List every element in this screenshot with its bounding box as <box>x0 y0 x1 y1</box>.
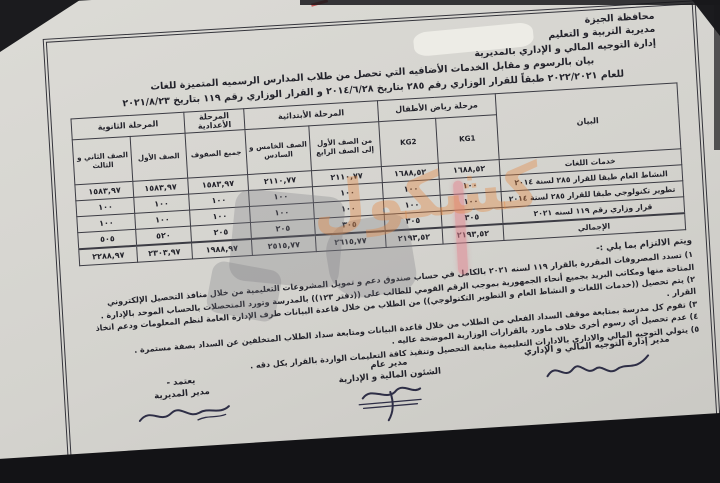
signature-scribble <box>346 378 439 426</box>
col-header-kg1: KG1 <box>436 114 499 163</box>
scanned-photo-background: محافظة الجيزة مديرية التربية و التعليم إ… <box>0 0 720 483</box>
document-paper: محافظة الجيزة مديرية التربية و التعليم إ… <box>0 0 720 479</box>
col-header-statement: البيان <box>495 82 680 159</box>
fee-cell-total: ٢١٩٣,٥٢ <box>442 224 503 244</box>
col-header-sec-grades2-3: الصف الثاني و الثالث <box>73 136 133 184</box>
col-header-grades1-4: من الصف الأول إلى الصف الرابع <box>309 121 381 170</box>
fee-cell-total: ٢٣٠٣,٩٧ <box>137 242 192 262</box>
document-border-frame: محافظة الجيزة مديرية التربية و التعليم إ… <box>43 0 720 462</box>
fee-cell-total: ١٩٨٨,٩٧ <box>191 238 252 258</box>
fee-cell-total: ٢٥١٥,٧٧ <box>252 235 317 255</box>
fees-table: البيان مرحلة رياض الأطفال المرحلة الأبتد… <box>71 82 686 266</box>
col-header-prep-all-grades: جميع الصفوف <box>185 129 248 178</box>
col-header-grades5-6: الصف الخامس و السادس <box>245 125 311 174</box>
col-header-kg2: KG2 <box>378 118 438 166</box>
col-header-sec-grade1: الصف الأول <box>130 133 187 181</box>
photo-edge-right <box>714 0 720 150</box>
fee-cell-total: ٢١٩٣,٥٢ <box>385 227 443 247</box>
fee-cell-total: ٢٢٨٨,٩٧ <box>79 245 138 265</box>
fee-cell-total: ٢٦١٥,٧٧ <box>315 231 386 252</box>
photo-edge-top <box>300 0 720 5</box>
